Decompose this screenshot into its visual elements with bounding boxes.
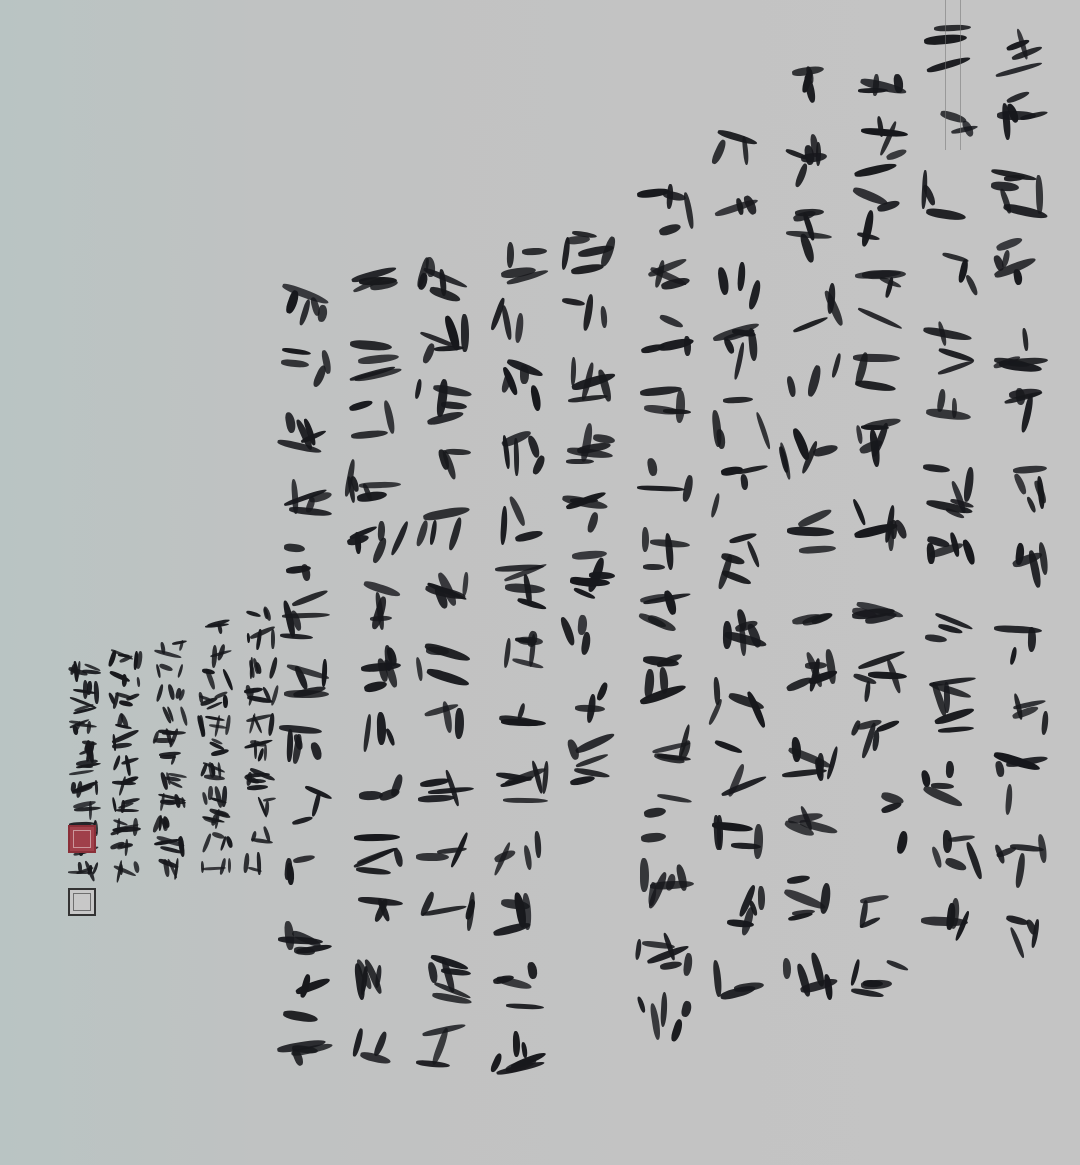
main-text-glyph bbox=[711, 743, 769, 812]
inscription-column bbox=[198, 620, 232, 880]
inscription-glyph bbox=[243, 768, 277, 796]
main-text-glyph bbox=[851, 115, 909, 190]
main-text-glyph bbox=[276, 595, 334, 658]
inscription-glyph bbox=[108, 755, 142, 776]
main-text-glyph bbox=[921, 166, 979, 239]
main-text-column bbox=[491, 230, 549, 1090]
main-text-glyph bbox=[561, 737, 619, 800]
name-seal-red bbox=[68, 825, 96, 853]
inscription-glyph bbox=[198, 620, 232, 644]
inscription-glyph bbox=[243, 824, 277, 852]
main-text-glyph bbox=[346, 706, 404, 768]
main-text-glyph bbox=[711, 674, 769, 743]
inscription-glyph bbox=[198, 715, 232, 739]
inscription-glyph bbox=[153, 749, 187, 771]
main-text-glyph bbox=[276, 280, 334, 343]
main-text-glyph bbox=[851, 417, 909, 492]
main-text-glyph bbox=[561, 547, 619, 610]
side-collector-seal bbox=[945, 0, 961, 150]
inscription-glyph bbox=[153, 705, 187, 727]
main-text-glyph bbox=[491, 428, 549, 494]
main-text-glyph bbox=[416, 761, 474, 825]
main-text-glyph bbox=[561, 420, 619, 483]
main-text-glyph bbox=[636, 518, 694, 586]
inscription-glyph bbox=[68, 780, 102, 800]
inscription-glyph bbox=[153, 793, 187, 815]
main-text-glyph bbox=[711, 120, 769, 189]
main-text-glyph bbox=[491, 495, 549, 561]
main-text-glyph bbox=[711, 397, 769, 466]
main-text-glyph bbox=[711, 189, 769, 258]
inscription-glyph bbox=[108, 817, 142, 838]
main-text-glyph bbox=[636, 722, 694, 790]
main-text-glyph bbox=[346, 893, 404, 955]
main-text-column bbox=[561, 230, 619, 800]
main-text-glyph bbox=[711, 951, 769, 1020]
main-text-glyph bbox=[781, 278, 839, 352]
main-text-glyph bbox=[921, 458, 979, 531]
main-text-glyph bbox=[346, 519, 404, 581]
inscription-glyph bbox=[153, 727, 187, 749]
inscription-glyph bbox=[198, 809, 232, 833]
main-text-glyph bbox=[636, 315, 694, 383]
inscription-glyph bbox=[243, 628, 277, 656]
main-text-glyph bbox=[711, 535, 769, 604]
inscription-glyph bbox=[68, 660, 102, 680]
main-text-glyph bbox=[276, 911, 334, 974]
main-text-glyph bbox=[781, 129, 839, 203]
inscription-glyph bbox=[68, 760, 102, 780]
main-text-glyph bbox=[416, 888, 474, 952]
inscription-glyph bbox=[153, 662, 187, 684]
main-text-glyph bbox=[276, 658, 334, 721]
main-text-glyph bbox=[416, 314, 474, 378]
main-text-glyph bbox=[921, 239, 979, 312]
main-text-glyph bbox=[851, 945, 909, 1020]
inscription-glyph bbox=[153, 684, 187, 706]
inscription-glyph bbox=[243, 712, 277, 740]
main-text-glyph bbox=[276, 1037, 334, 1100]
main-text-glyph bbox=[346, 270, 404, 332]
inscription-glyph bbox=[198, 691, 232, 715]
main-text-glyph bbox=[276, 848, 334, 911]
main-text-glyph bbox=[851, 794, 909, 869]
main-text-glyph bbox=[851, 342, 909, 417]
main-text-glyph bbox=[276, 406, 334, 469]
main-text-glyph bbox=[711, 258, 769, 327]
main-text-glyph bbox=[636, 992, 694, 1060]
main-text-glyph bbox=[991, 906, 1049, 980]
main-text-glyph bbox=[636, 925, 694, 993]
inscription-column bbox=[108, 650, 142, 880]
main-text-glyph bbox=[711, 605, 769, 674]
inscription-glyph bbox=[108, 859, 142, 880]
main-text-glyph bbox=[416, 442, 474, 506]
main-text-glyph bbox=[491, 627, 549, 693]
main-text-glyph bbox=[991, 89, 1049, 163]
main-text-glyph bbox=[416, 505, 474, 569]
main-text-glyph bbox=[711, 881, 769, 950]
main-text-column bbox=[636, 180, 694, 1060]
main-text-glyph bbox=[921, 678, 979, 751]
main-text-glyph bbox=[561, 673, 619, 736]
main-text-glyph bbox=[491, 958, 549, 1024]
inscription-glyph bbox=[68, 800, 102, 820]
main-text-glyph bbox=[921, 312, 979, 385]
main-text-glyph bbox=[921, 824, 979, 897]
inscription-glyph bbox=[108, 796, 142, 817]
main-text-glyph bbox=[781, 352, 839, 426]
main-text-glyph bbox=[921, 751, 979, 824]
main-text-glyph bbox=[851, 869, 909, 944]
main-text-glyph bbox=[561, 610, 619, 673]
main-text-glyph bbox=[561, 483, 619, 546]
main-text-glyph bbox=[416, 378, 474, 442]
main-text-glyph bbox=[346, 955, 404, 1017]
inscription-glyph bbox=[68, 740, 102, 760]
main-text-glyph bbox=[491, 825, 549, 891]
inscription-glyph bbox=[68, 860, 102, 880]
main-text-column bbox=[991, 15, 1049, 980]
main-text-glyph bbox=[781, 203, 839, 277]
inscription-glyph bbox=[153, 815, 187, 837]
inscription-column bbox=[243, 600, 277, 880]
inscription-glyph bbox=[243, 656, 277, 684]
main-text-glyph bbox=[491, 230, 549, 296]
inscription-glyph bbox=[198, 738, 232, 762]
main-text-glyph bbox=[416, 569, 474, 633]
main-text-glyph bbox=[991, 386, 1049, 460]
main-text-glyph bbox=[636, 654, 694, 722]
inscription-glyph bbox=[198, 644, 232, 668]
main-text-glyph bbox=[711, 328, 769, 397]
inscription-glyph bbox=[68, 720, 102, 740]
main-text-glyph bbox=[991, 460, 1049, 534]
main-text-glyph bbox=[416, 633, 474, 697]
main-text-glyph bbox=[346, 644, 404, 706]
main-text-glyph bbox=[491, 693, 549, 759]
main-text-glyph bbox=[276, 721, 334, 784]
main-text-glyph bbox=[491, 561, 549, 627]
main-text-glyph bbox=[346, 332, 404, 394]
main-text-glyph bbox=[276, 785, 334, 848]
inscription-glyph bbox=[108, 650, 142, 671]
main-text-glyph bbox=[781, 723, 839, 797]
main-text-glyph bbox=[921, 605, 979, 678]
main-text-column bbox=[781, 55, 839, 1020]
main-text-column bbox=[416, 250, 474, 1080]
main-text-glyph bbox=[561, 357, 619, 420]
main-text-glyph bbox=[991, 683, 1049, 757]
main-text-glyph bbox=[491, 362, 549, 428]
inscription-glyph bbox=[198, 785, 232, 809]
main-text-glyph bbox=[636, 383, 694, 451]
main-text-glyph bbox=[851, 568, 909, 643]
main-text-glyph bbox=[851, 191, 909, 266]
main-text-glyph bbox=[276, 469, 334, 532]
main-text-glyph bbox=[781, 871, 839, 945]
main-text-glyph bbox=[991, 609, 1049, 683]
main-text-column bbox=[711, 120, 769, 1020]
main-text-glyph bbox=[851, 266, 909, 341]
main-text-glyph bbox=[851, 718, 909, 793]
inscription-glyph bbox=[198, 856, 232, 880]
main-text-glyph bbox=[851, 492, 909, 567]
main-text-glyph bbox=[416, 697, 474, 761]
main-text-column bbox=[921, 20, 979, 970]
main-text-glyph bbox=[781, 55, 839, 129]
main-text-glyph bbox=[991, 238, 1049, 312]
main-text-glyph bbox=[991, 15, 1049, 89]
main-text-glyph bbox=[636, 789, 694, 857]
main-text-glyph bbox=[491, 296, 549, 362]
main-text-glyph bbox=[781, 500, 839, 574]
main-text-glyph bbox=[276, 974, 334, 1037]
inscription-glyph bbox=[243, 684, 277, 712]
inscription-glyph bbox=[243, 740, 277, 768]
main-text-glyph bbox=[636, 451, 694, 519]
main-text-glyph bbox=[921, 385, 979, 458]
studio-seal-white bbox=[68, 888, 96, 916]
main-text-glyph bbox=[636, 180, 694, 248]
inscription-glyph bbox=[198, 833, 232, 857]
inscription-glyph bbox=[108, 838, 142, 859]
main-text-glyph bbox=[921, 897, 979, 970]
main-text-glyph bbox=[346, 581, 404, 643]
main-text-glyph bbox=[276, 343, 334, 406]
main-text-column bbox=[346, 270, 404, 1080]
inscription-column bbox=[153, 640, 187, 880]
main-text-glyph bbox=[416, 250, 474, 314]
main-text-glyph bbox=[491, 891, 549, 957]
main-text-glyph bbox=[851, 40, 909, 115]
main-text-glyph bbox=[561, 293, 619, 356]
main-text-glyph bbox=[416, 825, 474, 889]
main-text-glyph bbox=[921, 531, 979, 604]
inscription-glyph bbox=[198, 667, 232, 691]
inscription-glyph bbox=[153, 858, 187, 880]
main-text-glyph bbox=[781, 649, 839, 723]
main-text-glyph bbox=[991, 831, 1049, 905]
inscription-glyph bbox=[108, 734, 142, 755]
main-text-glyph bbox=[711, 812, 769, 881]
main-text-glyph bbox=[276, 532, 334, 595]
inscription-glyph bbox=[198, 762, 232, 786]
inscription-glyph bbox=[153, 640, 187, 662]
main-text-glyph bbox=[416, 1016, 474, 1080]
main-text-glyph bbox=[346, 457, 404, 519]
main-text-glyph bbox=[781, 797, 839, 871]
main-text-glyph bbox=[991, 163, 1049, 237]
main-text-column bbox=[851, 40, 909, 1020]
main-text-glyph bbox=[636, 248, 694, 316]
main-text-glyph bbox=[346, 1018, 404, 1080]
main-text-glyph bbox=[991, 312, 1049, 386]
main-text-glyph bbox=[491, 759, 549, 825]
main-text-glyph bbox=[346, 768, 404, 830]
main-text-glyph bbox=[991, 535, 1049, 609]
inscription-glyph bbox=[243, 796, 277, 824]
inscription-glyph bbox=[243, 600, 277, 628]
main-text-glyph bbox=[781, 946, 839, 1020]
main-text-glyph bbox=[711, 466, 769, 535]
main-text-glyph bbox=[561, 230, 619, 293]
main-text-glyph bbox=[851, 643, 909, 718]
main-text-glyph bbox=[636, 586, 694, 654]
main-text-glyph bbox=[636, 857, 694, 925]
inscription-glyph bbox=[108, 692, 142, 713]
main-text-glyph bbox=[346, 395, 404, 457]
main-text-glyph bbox=[416, 952, 474, 1016]
inscription-glyph bbox=[153, 836, 187, 858]
main-text-glyph bbox=[781, 575, 839, 649]
inscription-glyph bbox=[153, 771, 187, 793]
main-text-glyph bbox=[491, 1024, 549, 1090]
inscription-glyph bbox=[68, 700, 102, 720]
inscription-glyph bbox=[108, 775, 142, 796]
inscription-glyph bbox=[108, 671, 142, 692]
calligraphy-artwork bbox=[0, 0, 1080, 1165]
main-text-glyph bbox=[781, 426, 839, 500]
main-text-glyph bbox=[991, 757, 1049, 831]
main-text-glyph bbox=[346, 831, 404, 893]
inscription-glyph bbox=[243, 852, 277, 880]
main-text-column bbox=[276, 280, 334, 1100]
